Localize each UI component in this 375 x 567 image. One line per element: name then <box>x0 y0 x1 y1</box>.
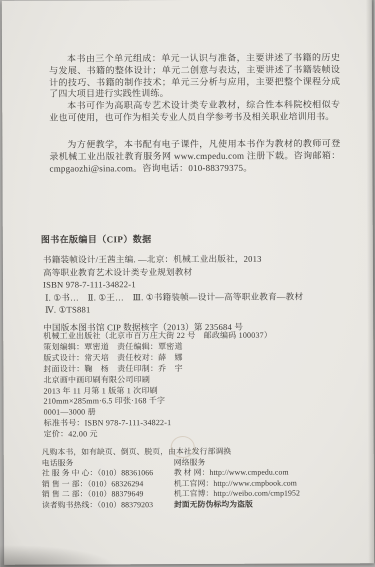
cip-heading: 图书在版编目（CIP）数据 <box>41 232 152 245</box>
imprint-block: 机械工业出版社（北京市百万庄大街 22 号 邮政编码 100037） 策划编辑：… <box>43 330 345 440</box>
intro-paragraph-units: 本书由三个单元组成：单元一认识与准备，主要讲述了书籍的历史与发展、书籍的整体设计… <box>49 52 340 100</box>
book-copyright-page: 本书由三个单元组成：单元一认识与准备，主要讲述了书籍的历史与发展、书籍的整体设计… <box>2 0 374 565</box>
cip-class-line-1: Ⅰ. ①书… Ⅱ. ①王… Ⅲ. ①书籍装帧—设计—高等职业教育—教材 <box>45 290 345 303</box>
cip-catalog-block: 书籍装帧设计/王茜主编. —北京：机械工业出版社，2013 高等职业教育艺术设计… <box>43 252 345 291</box>
anti-piracy-notice: 封面无防伪标均为盗版 <box>174 499 354 510</box>
e-courseware-note: 为方便教学，本书配有电子课件，凡使用本书作为教材的教师可登录机械工业出版社教育服… <box>49 138 340 175</box>
cip-isbn-line: ISBN 978-7-111-34822-1 <box>43 277 345 291</box>
sales-dept2-phone: 销 售 二 部：（010）88379649 <box>42 489 170 500</box>
cip-classification-block: Ⅰ. ①书… Ⅱ. ①王… Ⅲ. ①书籍装帧—设计—高等职业教育—教材 Ⅳ. ①… <box>45 290 345 315</box>
page-edge-shadow <box>366 0 375 563</box>
page-corner-shadow <box>0 544 120 567</box>
cip-class-line-2: Ⅳ. ①TS881 <box>45 302 345 315</box>
scanned-page-background: 本书由三个单元组成：单元一认识与准备，主要讲述了书籍的历史与发展、书籍的整体设计… <box>0 0 375 567</box>
weibo-url: 机工官博：http://weibo.com/cmp1952 <box>174 489 354 500</box>
phone-service-header: 电话服务 <box>42 458 170 469</box>
network-service-header: 网络服务 <box>174 457 354 468</box>
sales-dept1-phone: 销 售 一 部：（010）68326294 <box>42 479 170 490</box>
book-intro-block: 本书由三个单元组成：单元一认识与准备，主要讲述了书籍的历史与发展、书籍的整体设计… <box>49 52 340 124</box>
reader-hotline-phone: 读者购书热线：（010）88379203 <box>42 500 170 511</box>
price-line: 定价：42.00 元 <box>44 428 346 440</box>
service-info-block: 凡购本书，如有缺页、倒页、脱页，由本社发行部调换 电话服务 网络服务 社 服 务… <box>42 446 354 511</box>
service-center-phone: 社 服 务 中 心：（010）88361066 <box>42 468 170 479</box>
service-columns: 电话服务 网络服务 社 服 务 中 心：（010）88361066 教 材 网：… <box>42 457 354 511</box>
intro-paragraph-audience: 本书可作为高职高专艺术设计类专业教材，综合性本科院校相似专业也可使用，也可作为相… <box>49 100 340 125</box>
e-courseware-note-block: 为方便教学，本书配有电子课件，凡使用本书作为教材的教师可登录机械工业出版社教育服… <box>49 138 340 175</box>
textbook-site-url: 教 材 网：http://www.cmpedu.com <box>174 467 354 478</box>
